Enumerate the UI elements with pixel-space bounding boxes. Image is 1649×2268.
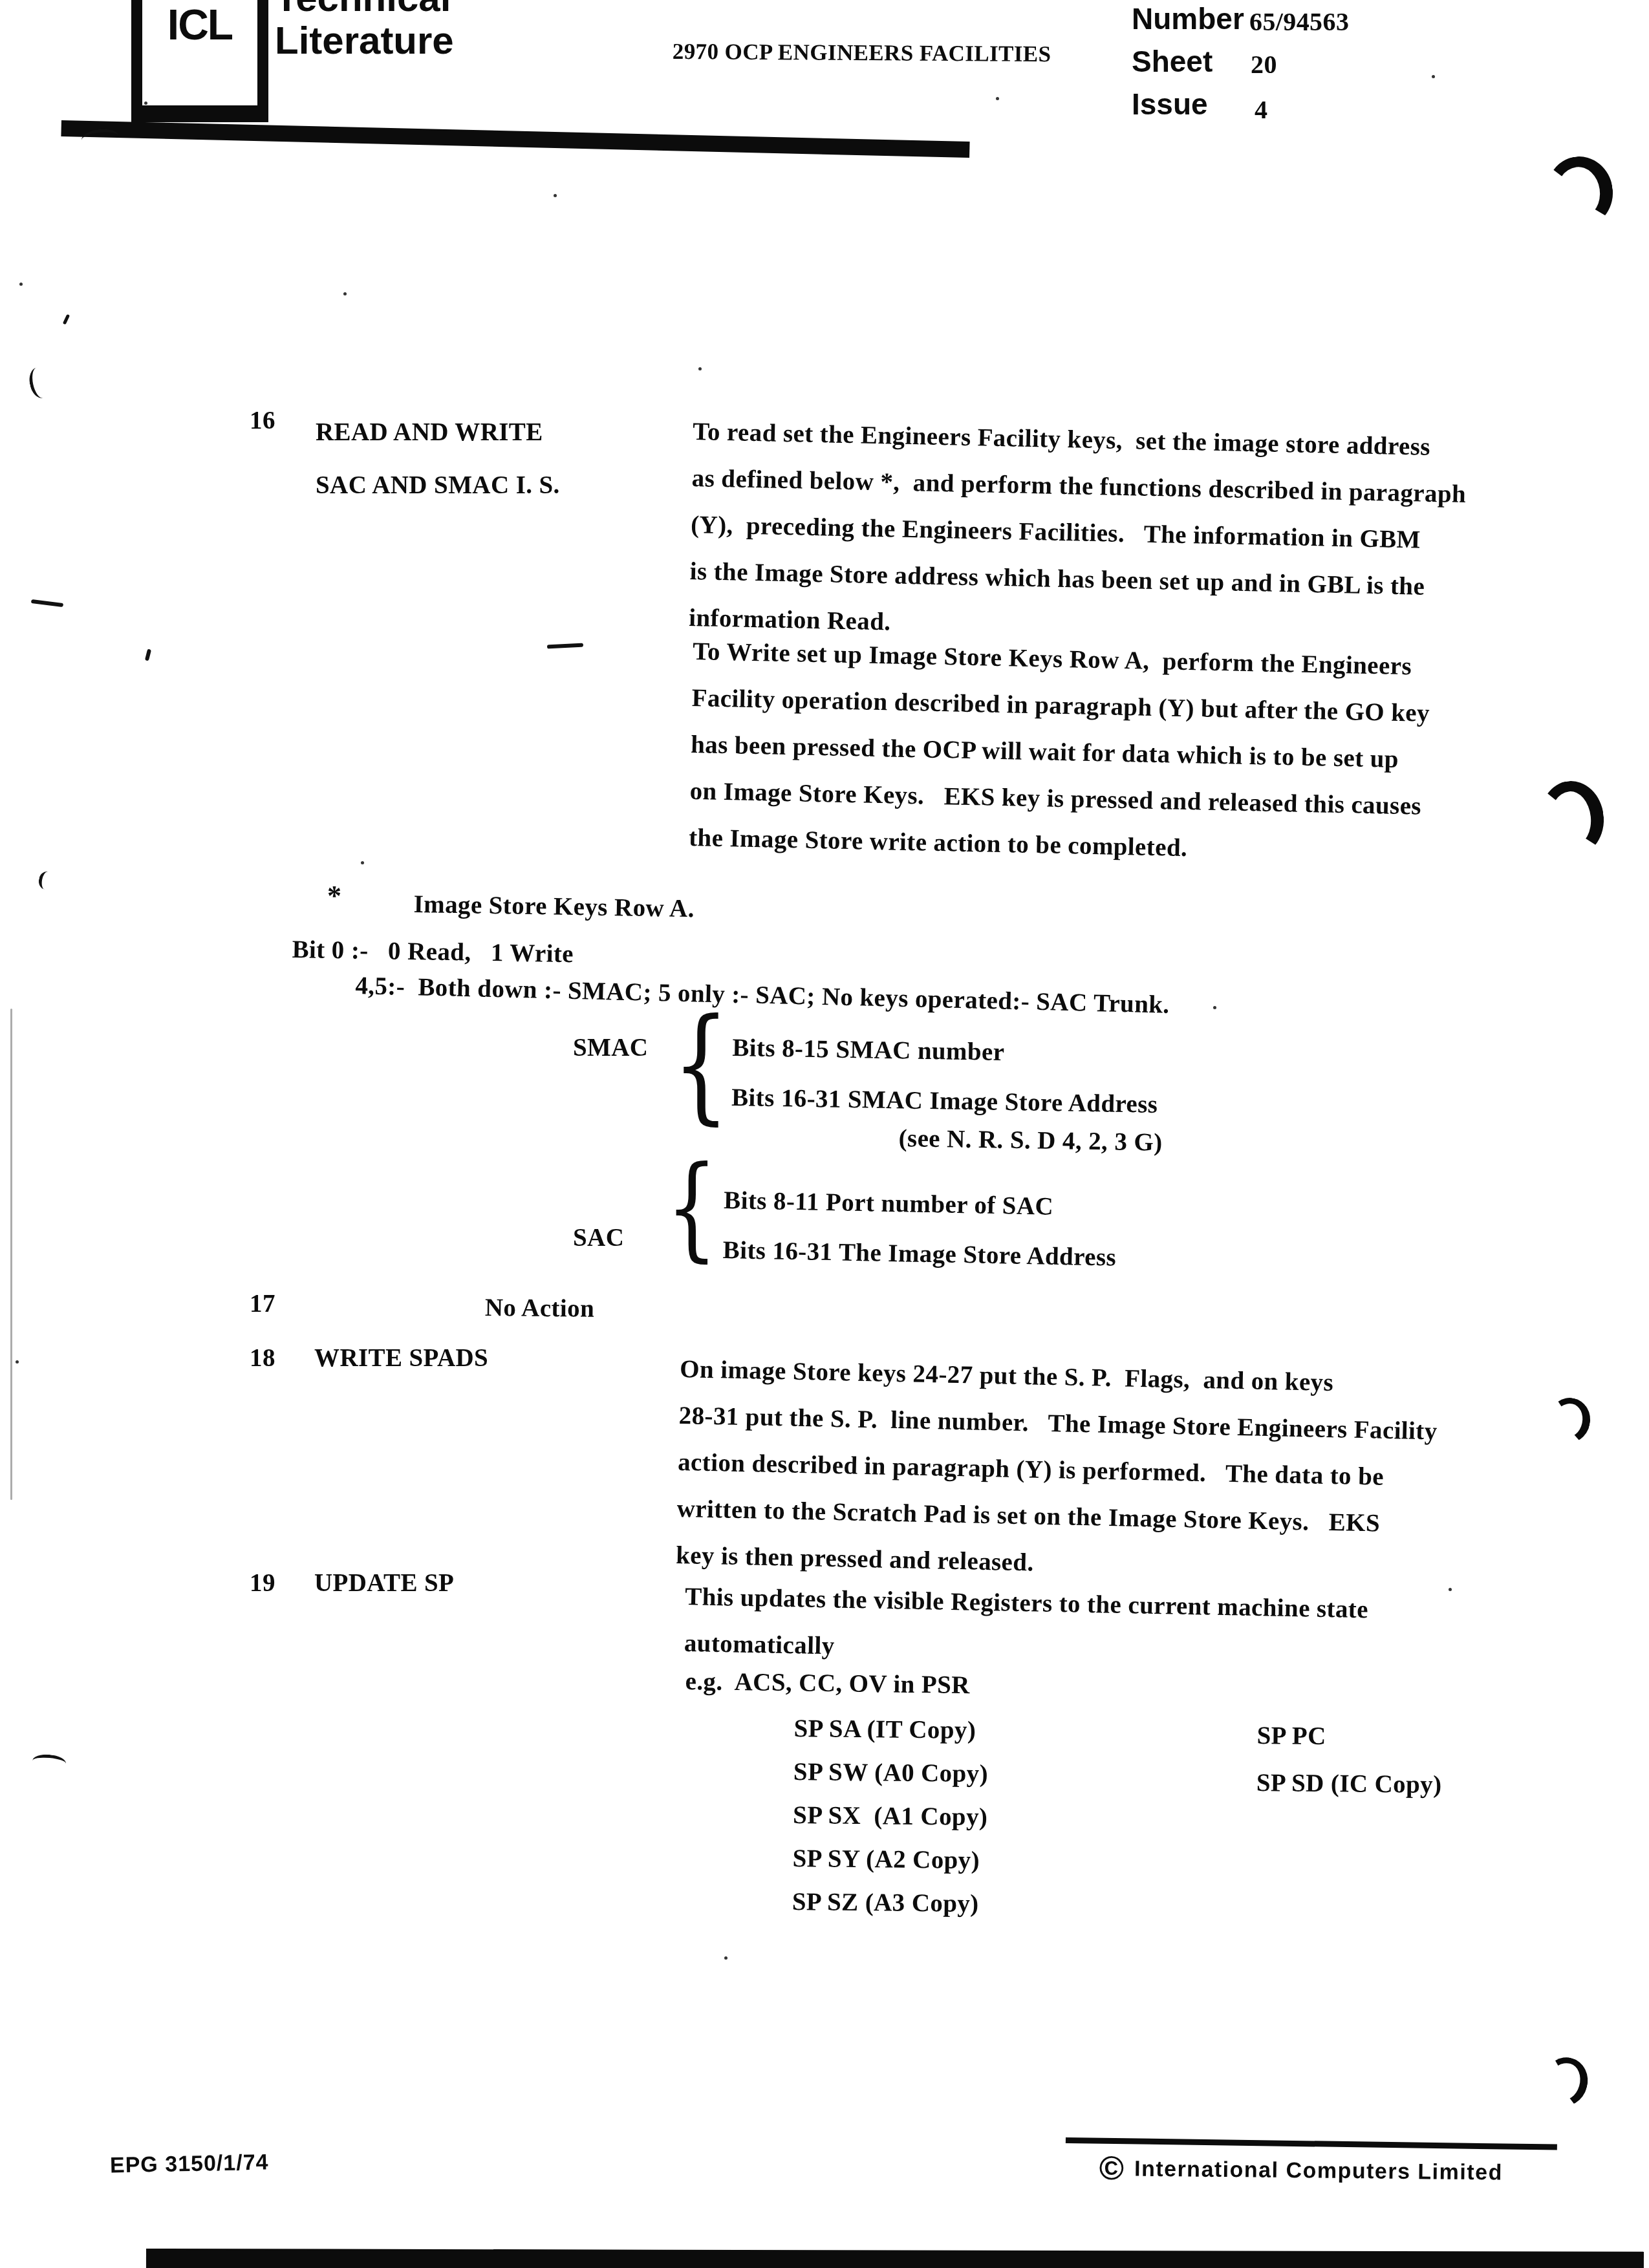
issue-label: Issue	[1132, 87, 1208, 122]
section-18-paragraph: On image Store keys 24-27 put the S. P. …	[675, 1346, 1438, 1594]
sac-bits: Bits 8-11 Port number of SACBits 16-31 T…	[722, 1175, 1117, 1283]
issue-value: 4	[1255, 94, 1267, 125]
scan-artifact-curve	[38, 870, 56, 891]
scan-artifact-mark	[145, 649, 151, 661]
section-19-number: 19	[250, 1568, 275, 1598]
scan-speck	[996, 97, 999, 100]
smac-brace: {	[673, 1003, 729, 1128]
copyright-notice: © International Computers Limited	[1099, 2152, 1503, 2190]
section-16-number: 16	[250, 406, 275, 435]
section-17-number: 17	[250, 1289, 275, 1318]
scan-artifact-punch-hole	[1542, 152, 1617, 231]
section-19-paragraph: This updates the visible Registers to th…	[684, 1574, 1368, 1680]
scan-artifact-punch-hole	[1544, 1394, 1594, 1447]
copyright-text: International Computers Limited	[1134, 2156, 1503, 2185]
bottom-bar	[146, 2249, 1644, 2268]
bits45-line: 4,5:- Both down :- SMAC; 5 only :- SAC; …	[355, 971, 1170, 1020]
example-line: e.g. ACS, CC, OV in PSR	[685, 1667, 970, 1700]
scan-speck	[1449, 1588, 1452, 1591]
bit0-line: Bit 0 :- 0 Read, 1 Write	[292, 935, 574, 968]
sac-label: SAC	[573, 1223, 624, 1252]
sac-brace: {	[666, 1152, 718, 1265]
smac-bits: Bits 8-15 SMAC numberBits 16-31 SMAC Ima…	[731, 1023, 1159, 1129]
scan-artifact-curve	[27, 365, 52, 400]
sp-register-list-left: SP SA (IT Copy)SP SW (A0 Copy)SP SX (A1 …	[792, 1707, 989, 1925]
scan-speck	[1432, 75, 1435, 78]
icl-logo-text: ICL	[167, 3, 232, 46]
smac-see-ref: (see N. R. S. D 4, 2, 3 G)	[898, 1124, 1163, 1157]
brand-name: TechnicalLiterature	[275, 0, 454, 62]
icl-logo: ICL	[131, 0, 268, 122]
scan-artifact-dash	[31, 599, 63, 607]
section-16-write-paragraph: To Write set up Image Store Keys Row A, …	[688, 628, 1431, 877]
scan-speck	[361, 861, 364, 864]
scan-speck	[698, 367, 702, 370]
footer-rule	[1066, 2137, 1557, 2150]
section-18-heading: WRITE SPADS	[314, 1343, 488, 1373]
section-17-text: No Action	[485, 1293, 595, 1323]
form-reference: EPG 3150/1/74	[110, 2150, 269, 2178]
scan-artifact-punch-hole	[1536, 778, 1608, 859]
header-rule	[61, 120, 969, 158]
section-18-number: 18	[250, 1343, 275, 1373]
sheet-label: Sheet	[1132, 44, 1212, 79]
scan-artifact-edge-line	[10, 1009, 12, 1500]
number-value: 65/94563	[1249, 6, 1349, 37]
scan-speck	[1213, 1006, 1216, 1009]
number-label: Number	[1132, 1, 1244, 36]
scan-speck	[554, 194, 557, 197]
key-note-star: *	[327, 879, 341, 912]
sheet-value: 20	[1251, 49, 1277, 80]
scan-speck	[16, 1360, 19, 1364]
scan-speck	[343, 292, 347, 295]
scan-speck	[724, 1956, 727, 1960]
document-title: 2970 OCP ENGINEERS FACILITIES	[673, 39, 1051, 67]
scan-artifact-mark	[63, 314, 70, 325]
key-note-title: Image Store Keys Row A.	[413, 890, 695, 923]
scanned-document-page: ICL TechnicalLiterature 2970 OCP ENGINEE…	[0, 0, 1649, 2268]
sp-register-list-right: SP PCSP SD (IC Copy)	[1256, 1712, 1442, 1808]
section-16-heading: READ AND WRITESAC AND SMAC I. S.	[316, 406, 560, 512]
scan-artifact-curve	[32, 1753, 67, 1771]
section-16-read-paragraph: To read set the Engineers Facility keys,…	[688, 409, 1467, 658]
copyright-symbol: ©	[1099, 2152, 1124, 2185]
scan-speck	[19, 283, 23, 286]
smac-label: SMAC	[573, 1033, 648, 1062]
section-19-heading: UPDATE SP	[314, 1568, 454, 1598]
scan-artifact-dash	[547, 643, 583, 649]
scan-artifact-punch-hole	[1537, 2052, 1593, 2112]
scan-speck	[144, 102, 147, 105]
